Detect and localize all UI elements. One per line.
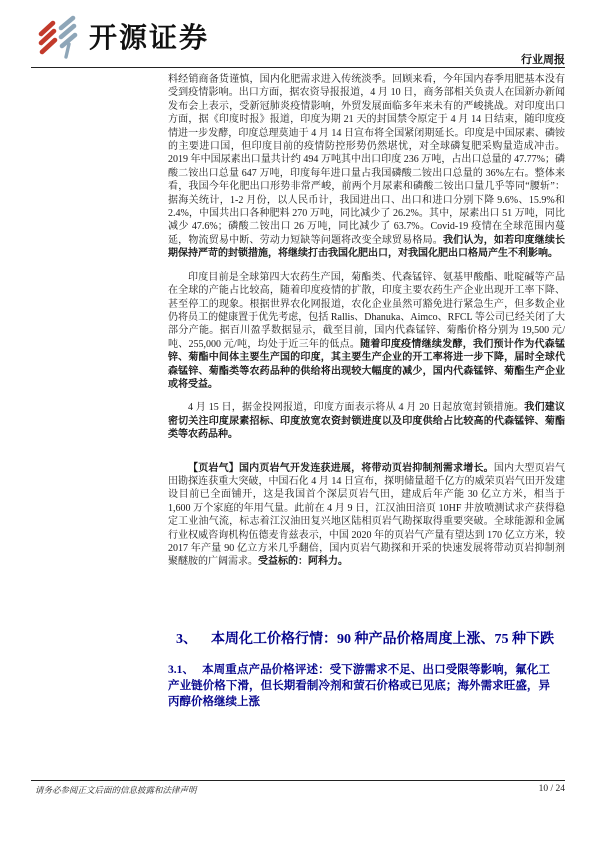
- body-paragraph-shale-gas: 【页岩气】国内页岩气开发连获进展，将带动页岩抑制剂需求增长。国内大型页岩气田勘探…: [168, 462, 565, 569]
- body-paragraph-pesticide-india: 印度目前是全球第四大农药生产国，菊酯类、代森锰锌、氨基甲酸酯、吡啶碱等产品在全球…: [168, 271, 565, 392]
- text-run: 4 月 15 日，据金投网报道，印度方面表示将从 4 月 20 日起放宽封锁措施…: [188, 402, 524, 413]
- report-page: 开源证券 行业周报 料经销商备货谨慎，国内化肥需求进入传统淡季。回顾来看，今年国…: [0, 0, 596, 842]
- disclaimer-text: 请务必参阅正文后面的信息披露和法律声明: [35, 784, 197, 796]
- logo-leaf-blue-group: [61, 18, 75, 57]
- emphasis-run: 【页岩气】国内页岩气开发连获进展，将带动页岩抑制剂需求增长。: [188, 463, 494, 474]
- emphasis-run: 受益标的：阿科力。: [258, 556, 348, 567]
- body-paragraph-fertilizer-export: 料经销商备货谨慎，国内化肥需求进入传统淡季。回顾来看，今年国内春季用肥基本没有受…: [168, 73, 565, 261]
- text-run: 国内大型页岩气田勘探连获重大突破，中国石化 4 月 14 日宣布，探明储量超千亿…: [168, 463, 565, 568]
- report-body: 料经销商备货谨慎，国内化肥需求进入传统淡季。回顾来看，今年国内春季用肥基本没有受…: [168, 73, 565, 710]
- subsection-heading: 3.1、本周重点产品价格评述：受下游需求不足、出口受限等影响，氟化工产业链价格下…: [168, 662, 550, 710]
- subsection-number: 3.1、: [168, 664, 194, 676]
- body-paragraph-india-lockdown-easing: 4 月 15 日，据金投网报道，印度方面表示将从 4 月 20 日起放宽封锁措施…: [168, 401, 565, 441]
- subsection-title: 本周重点产品价格评述：受下游需求不足、出口受限等影响，氟化工产业链价格下滑，但长…: [168, 664, 550, 708]
- footer-rule: [31, 780, 565, 781]
- text-run: 料经销商备货谨慎，国内化肥需求进入传统淡季。回顾来看，今年国内春季用肥基本没有受…: [168, 74, 565, 246]
- report-type-label: 行业周报: [521, 51, 565, 67]
- section-title: 本周化工价格行情：90 种产品价格周度上涨、75 种下跌: [211, 632, 554, 647]
- header-rule: [31, 67, 565, 68]
- page-number: 10 / 24: [539, 784, 565, 794]
- brand-name: 开源证券: [89, 16, 209, 56]
- section-heading: 3、本周化工价格行情：90 种产品价格周度上涨、75 种下跌: [168, 631, 565, 649]
- logo-leaf-red-group: [41, 23, 55, 52]
- brand-logo: 开源证券: [33, 13, 209, 59]
- brand-logo-icon: [33, 13, 83, 59]
- section-number: 3、: [176, 632, 197, 647]
